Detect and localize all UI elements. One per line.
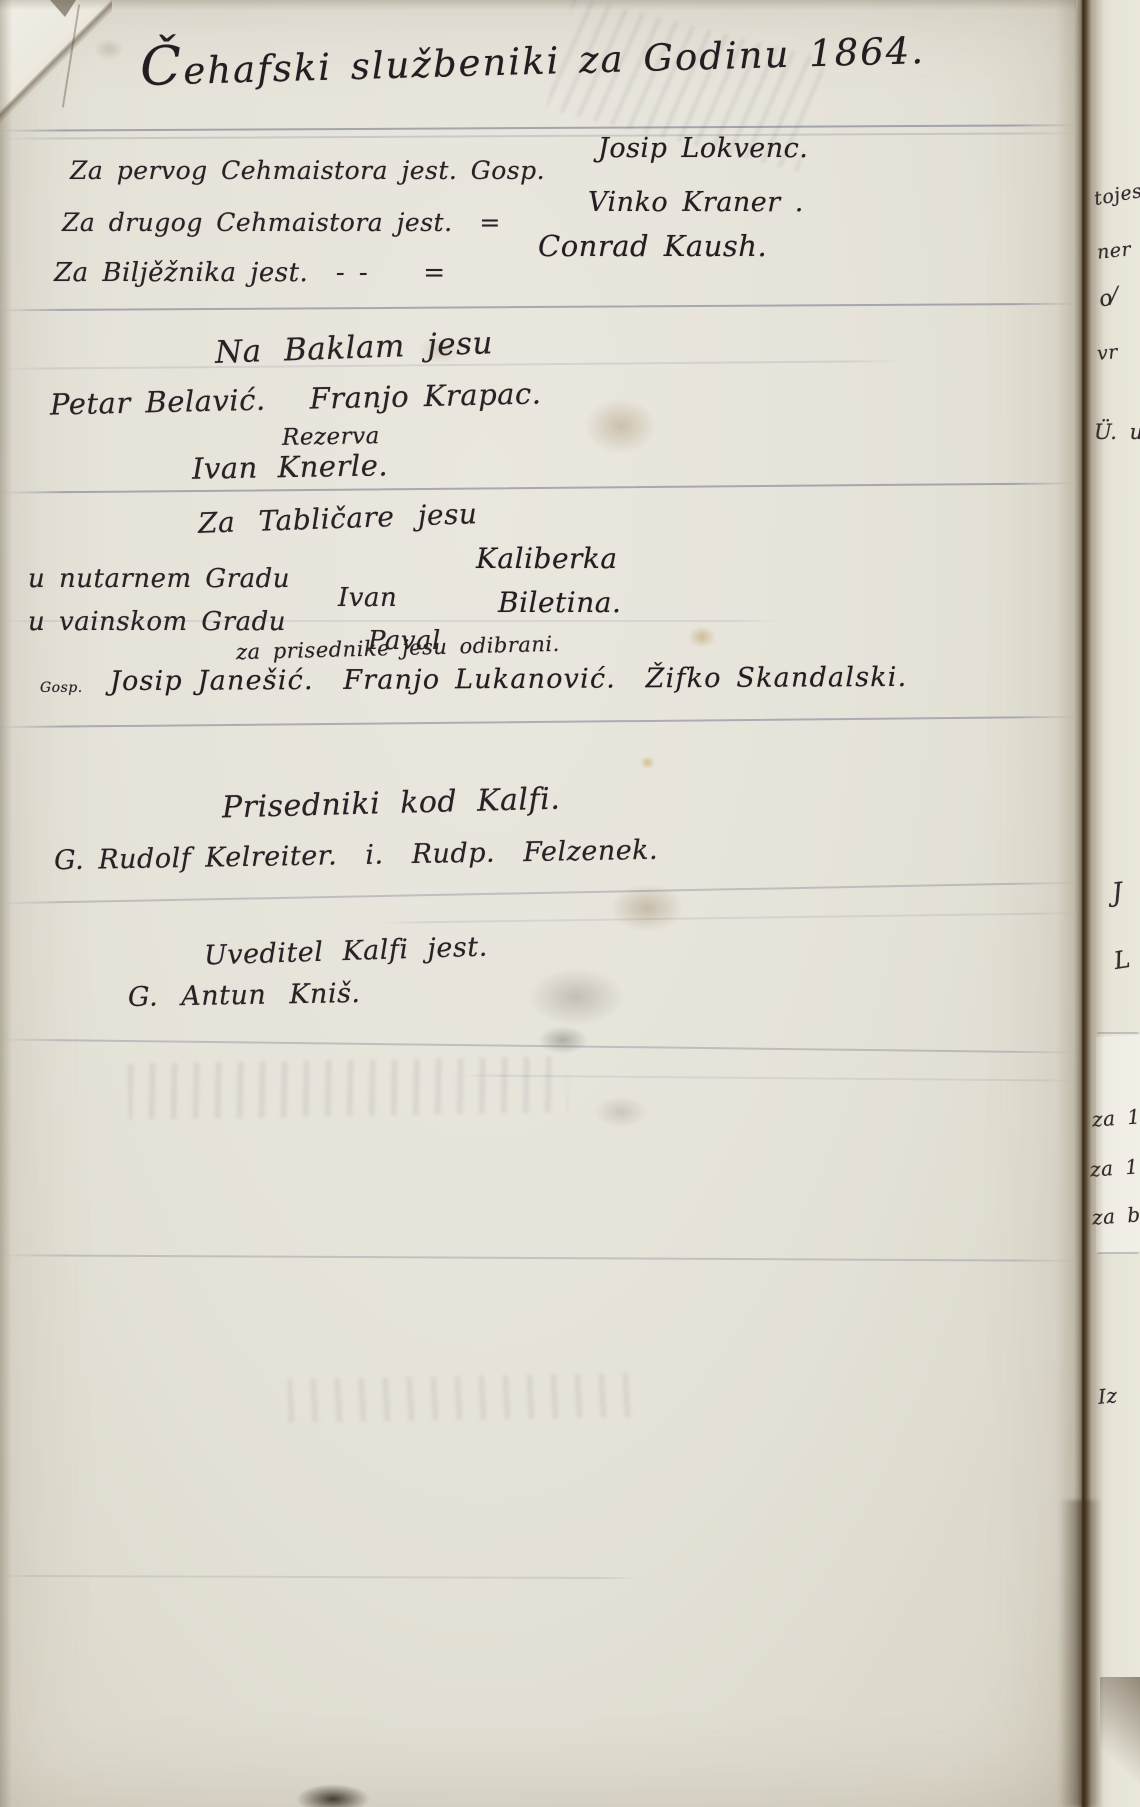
official-role-label: Za drugog Cehmaistora jest. = [62, 208, 501, 237]
official-role-label: Za pervog Cehmaistora jest. Gosp. [70, 156, 545, 185]
book-gutter-shadow [1060, 1500, 1104, 1807]
ruled-line [0, 482, 1076, 493]
stain [528, 968, 624, 1026]
official-name: Josip Lokvenc. [598, 133, 808, 164]
tablicare-surname: Kaliberka [476, 542, 618, 575]
tablicare-row: u vainskom Gradu Paval Biletina. [0, 588, 1076, 632]
stain [585, 398, 657, 454]
stain [610, 884, 684, 932]
tablicare-surname: Biletina. [498, 586, 621, 619]
stain [594, 1096, 648, 1128]
stain [538, 1026, 588, 1054]
ruled-line [0, 1254, 1076, 1262]
official-name: Conrad Kaush. [538, 229, 767, 263]
official-row: Za Biljěžnika jest. - - = Conrad Kaush. [0, 239, 1076, 283]
tablicare-row: u nutarnem Gradu Ivan Kaliberka [0, 545, 1076, 589]
prisednici-row: Gosp. Josip Janešić. Franjo Lukanović. Ž… [0, 664, 1076, 714]
page-corner-shadow [1100, 1677, 1140, 1807]
ruled-line [0, 1575, 640, 1579]
ruled-line [0, 303, 1076, 312]
prisednici-prefix: Gosp. [40, 680, 83, 696]
reserve-label: Rezerva [282, 423, 380, 451]
ink-bleed-through [128, 1056, 569, 1120]
section-heading-tablicare: Za Tabličare jesu [198, 497, 478, 540]
ruled-line [0, 882, 1076, 905]
stain [296, 1784, 370, 1807]
ruled-line [380, 912, 1076, 924]
ruled-line [0, 716, 1076, 728]
page-edge-shadow [0, 0, 1076, 10]
manuscript-page: Čehafski službeniki za Godinu 1864. Za p… [0, 0, 1076, 1807]
ink-bleed-through [288, 1373, 634, 1423]
stain [640, 756, 655, 769]
ruled-line [0, 124, 1076, 132]
section-heading-uveditel: Uveditel Kalfi jest. [204, 932, 489, 972]
kalfe-names: G. Rudolf Kelreiter. i. Rudp. Felzenek. [54, 835, 659, 877]
stain [94, 38, 124, 60]
tablicare-place: u vainskom Gradu [28, 607, 286, 637]
uveditel-name: G. Antun Kniš. [128, 978, 361, 1013]
baklam-members: Petar Belavić. Franjo Krapac. [50, 376, 542, 421]
official-role-label: Za Biljěžnika jest. - - = [54, 258, 446, 288]
reserve-name: Ivan Knerle. [192, 448, 389, 485]
fold-crease [0, 0, 112, 144]
section-heading-kalfe: Prisedniki kod Kalfi. [222, 782, 561, 826]
official-row: Za pervog Cehmaistora jest. Gosp. Josip … [0, 137, 1076, 181]
official-row: Za drugog Cehmaistora jest. = Vinko Kran… [0, 189, 1076, 233]
official-name: Vinko Kraner . [588, 187, 804, 218]
manuscript-scan: Čehafski službeniki za Godinu 1864. Za p… [0, 0, 1140, 1807]
prisednici-names: Josip Janešić. Franjo Lukanović. Žifko S… [110, 662, 908, 697]
